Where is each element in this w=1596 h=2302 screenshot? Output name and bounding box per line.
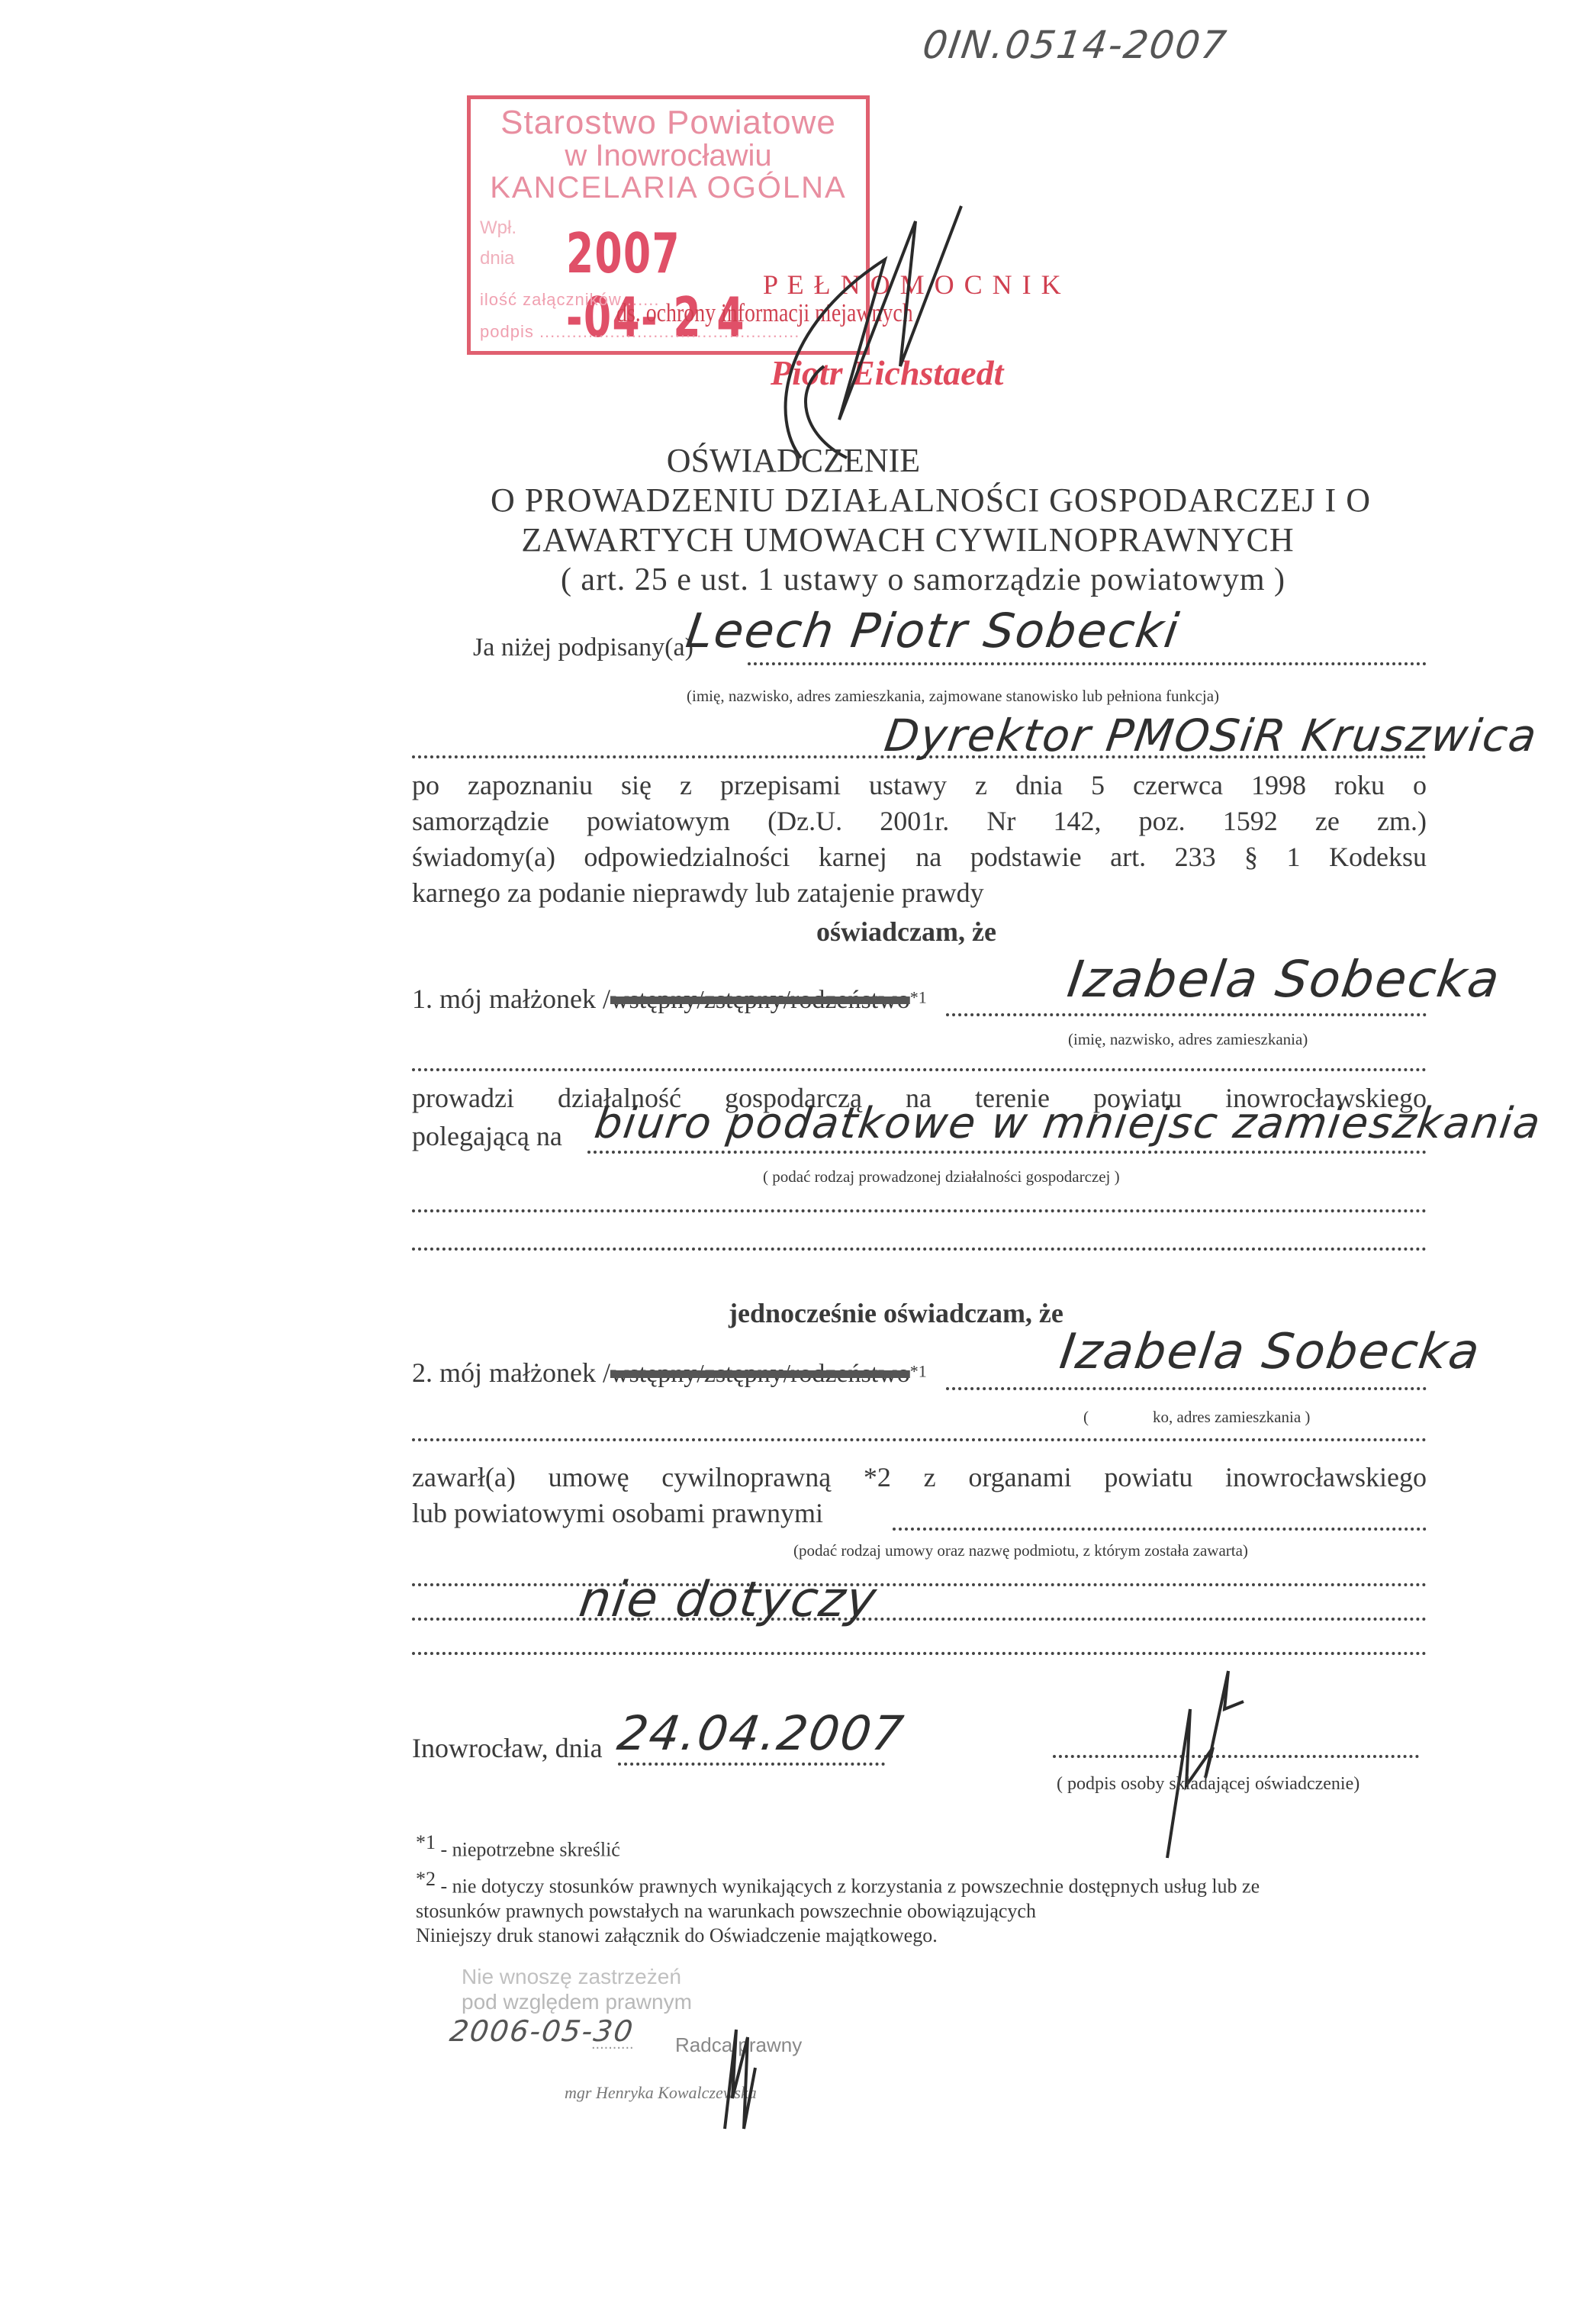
- section1-extra-line-1: [412, 1209, 1427, 1212]
- section1-footnote-mark: *1: [910, 988, 927, 1007]
- section2-caption: ( ko, adres zamieszkania ): [1083, 1408, 1310, 1427]
- section2-line1: zawarł(a) umowę cywilnoprawną *2 z organ…: [412, 1461, 1427, 1493]
- document-title-line3: ZAWARTYCH UMOWACH CYWILNOPRAWNYCH: [412, 520, 1404, 559]
- section1-spouse-handwritten[interactable]: Izabela Sobecka: [1064, 950, 1504, 1009]
- section1-caption: (imię, nazwisko, adres zamieszkania): [1068, 1030, 1308, 1049]
- handwritten-date[interactable]: 24.04.2007: [614, 1705, 908, 1761]
- section1-struck-text: wstępny/zstępny/rodzeństwo: [610, 986, 910, 1014]
- stamp-wpl-label: Wpł.: [480, 217, 516, 239]
- declarant-name-handwritten[interactable]: Leech Piotr Sobecki: [683, 603, 1183, 658]
- place-label: Inowrocław, dnia: [412, 1733, 603, 1763]
- section1-blank-line: [412, 1068, 1427, 1071]
- legal-stamp-dots: ..........: [591, 2036, 634, 2053]
- document-title-line2: O PROWADZENIU DZIAŁALNOŚCI GOSPODARCZEJ …: [397, 481, 1465, 520]
- footnote-1-text: - niepotrzebne skreślić: [441, 1839, 620, 1861]
- reference-number: 0IN.0514-2007: [920, 23, 1231, 67]
- section2-answer-handwritten[interactable]: nie dotyczy: [576, 1572, 881, 1628]
- section2-caption2: (podać rodzaj umowy oraz nazwę podmiotu,…: [793, 1541, 1248, 1560]
- footnote-2-continued: stosunków prawnych powstałych na warunka…: [416, 1900, 1036, 1923]
- footnote-1: *1 - niepotrzebne skreślić: [416, 1831, 620, 1862]
- section2-struck-text: wstępny/zstępny/rodzeństwo: [610, 1360, 910, 1388]
- declarant-position-handwritten[interactable]: Dyrektor PMOSiR Kruszwica: [881, 710, 1541, 761]
- signature-caption: ( podpis osoby składającej oświadczenie): [1057, 1774, 1359, 1795]
- legal-stamp-line2: pod względem prawnym: [462, 1990, 692, 2014]
- body-line-3: świadomy(a) odpowiedzialności karnej na …: [412, 841, 1427, 873]
- document-title-line1: OŚWIADCZENIE: [488, 441, 1099, 480]
- section2-prefix: 2. mój małżonek /: [412, 1357, 610, 1388]
- footnote-1-mark: *1: [416, 1831, 436, 1853]
- declarant-signature[interactable]: [1144, 1663, 1266, 1862]
- footnote-2-text: - nie dotyczy stosunków prawnych wynikaj…: [441, 1875, 1260, 1898]
- section2-extra-line-1: [412, 1583, 1427, 1586]
- section1-prefix: 1. mój małżonek /: [412, 984, 610, 1014]
- document-title-line4: ( art. 25 e ust. 1 ustawy o samorządzie …: [397, 562, 1450, 598]
- section2-line2: lub powiatowymi osobami prawnymi: [412, 1498, 823, 1528]
- section2-spouse-handwritten[interactable]: Izabela Sobecka: [1057, 1324, 1485, 1380]
- footnote-2: *2 - nie dotyczy stosunków prawnych wyni…: [416, 1868, 1260, 1898]
- stamp-line2: w Inowrocławiu: [471, 139, 866, 173]
- declarant-label: Ja niżej podpisany(a): [473, 633, 693, 662]
- section2-contract-line: lub powiatowymi osobami prawnymi: [412, 1497, 1427, 1535]
- section1-activity-handwritten[interactable]: biuro podatkowe w mniejsc zamieszkania: [591, 1099, 1544, 1148]
- stamp-dnia-label: dnia: [480, 248, 514, 269]
- section1-activity-label: polegającą na: [412, 1121, 562, 1151]
- legal-stamp-line1: Nie wnoszę zastrzeżeń: [462, 1965, 681, 1989]
- declare-heading: oświadczam, że: [816, 916, 996, 948]
- section1-extra-line-2: [412, 1248, 1427, 1251]
- footnote-2-mark: *2: [416, 1868, 436, 1890]
- section1-caption2: ( podać rodzaj prowadzonej działalności …: [763, 1167, 1120, 1186]
- body-line-1: po zapoznaniu się z przepisami ustawy z …: [412, 769, 1427, 801]
- attachment-note: Niniejszy druk stanowi załącznik do Oświ…: [416, 1924, 938, 1947]
- section2-extra-line-3: [412, 1652, 1427, 1655]
- declare-heading-2: jednocześnie oświadczam, że: [729, 1297, 1063, 1329]
- stamp-signature-scribble: [755, 191, 1106, 465]
- legal-stamp-signature: [717, 2022, 763, 2136]
- section2-footnote-mark: *1: [910, 1362, 927, 1381]
- body-line-4: karnego za podanie nieprawdy lub zatajen…: [412, 877, 1427, 909]
- body-line-2: samorządzie powiatowym (Dz.U. 2001r. Nr …: [412, 805, 1427, 837]
- section2-extra-line-2: [412, 1618, 1427, 1621]
- stamp-line1: Starostwo Powiatowe: [471, 104, 866, 142]
- section2-blank-line: [412, 1438, 1427, 1441]
- declarant-caption: (imię, nazwisko, adres zamieszkania, zaj…: [687, 687, 1219, 706]
